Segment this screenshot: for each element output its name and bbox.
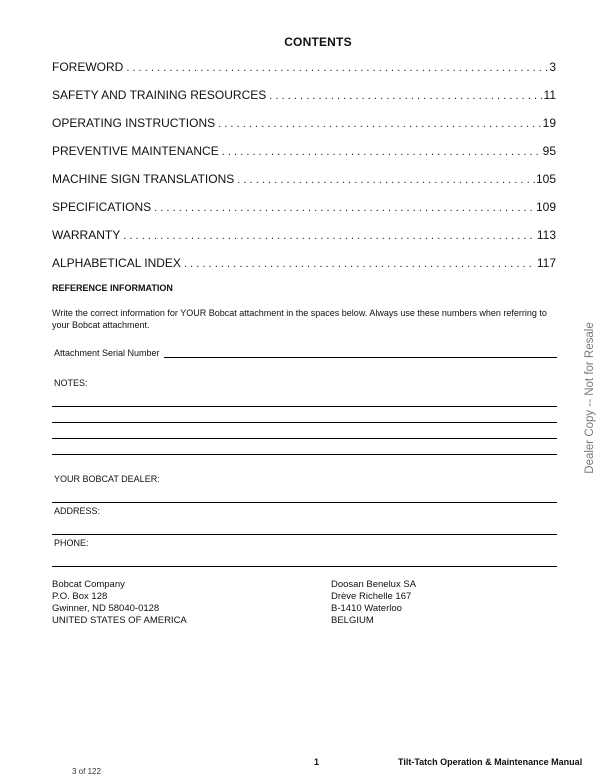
reference-description: Write the correct information for YOUR B… — [52, 307, 560, 331]
toc-leader-dots: ........................................… — [222, 146, 542, 158]
toc-entry-page: 3 — [548, 60, 556, 74]
toc-entry-page: 117 — [536, 256, 556, 270]
address-line-text: P.O. Box 128 — [52, 591, 187, 603]
toc-entry-label: PREVENTIVE MAINTENANCE — [52, 144, 222, 158]
contents-title: CONTENTS — [0, 35, 608, 49]
address-bobcat-company: Bobcat Company P.O. Box 128 Gwinner, ND … — [52, 579, 187, 627]
toc-entry[interactable]: WARRANTY ...............................… — [52, 228, 556, 256]
toc-entry-page: 109 — [535, 200, 556, 214]
phone-line[interactable] — [52, 566, 557, 567]
serial-number-line[interactable] — [164, 345, 557, 358]
toc-leader-dots: ........................................… — [218, 118, 542, 130]
toc-entry[interactable]: SPECIFICATIONS .........................… — [52, 200, 556, 228]
notes-line[interactable] — [52, 422, 557, 423]
address-line-text: Bobcat Company — [52, 579, 187, 591]
address-label: ADDRESS: — [54, 506, 100, 516]
footer-manual-title: Tilt-Tatch Operation & Maintenance Manua… — [398, 757, 582, 767]
address-line-text: UNITED STATES OF AMERICA — [52, 615, 187, 627]
address-doosan-benelux: Doosan Benelux SA Drève Richelle 167 B-1… — [331, 579, 416, 627]
phone-label: PHONE: — [54, 538, 89, 548]
notes-line[interactable] — [52, 406, 557, 407]
notes-line[interactable] — [52, 438, 557, 439]
toc-entry-label: SAFETY AND TRAINING RESOURCES — [52, 88, 269, 102]
dealer-line[interactable] — [52, 502, 557, 503]
toc-entry[interactable]: ALPHABETICAL INDEX .....................… — [52, 256, 556, 284]
toc-entry-page: 11 — [543, 88, 556, 102]
toc-leader-dots: ........................................… — [126, 62, 548, 74]
toc-leader-dots: ........................................… — [269, 90, 542, 102]
reference-heading: REFERENCE INFORMATION — [52, 283, 173, 293]
toc-entry-label: WARRANTY — [52, 228, 123, 242]
address-line-text: B-1410 Waterloo — [331, 603, 416, 615]
toc-entry-page: 95 — [542, 144, 556, 158]
toc-leader-dots: ........................................… — [184, 258, 536, 270]
toc-entry-label: OPERATING INSTRUCTIONS — [52, 116, 218, 130]
toc-entry[interactable]: OPERATING INSTRUCTIONS .................… — [52, 116, 556, 144]
serial-number-label: Attachment Serial Number — [54, 348, 160, 358]
toc-entry-page: 19 — [542, 116, 556, 130]
toc-entry[interactable]: PREVENTIVE MAINTENANCE .................… — [52, 144, 556, 172]
address-line-text: BELGIUM — [331, 615, 416, 627]
address-line-text: Drève Richelle 167 — [331, 591, 416, 603]
address-line-text: Gwinner, ND 58040-0128 — [52, 603, 187, 615]
toc-entry-label: ALPHABETICAL INDEX — [52, 256, 184, 270]
toc-leader-dots: ........................................… — [237, 174, 535, 186]
toc-entry[interactable]: MACHINE SIGN TRANSLATIONS ..............… — [52, 172, 556, 200]
toc-entry-label: FOREWORD — [52, 60, 126, 74]
table-of-contents: FOREWORD ...............................… — [52, 60, 556, 284]
toc-entry[interactable]: SAFETY AND TRAINING RESOURCES ..........… — [52, 88, 556, 116]
dealer-label: YOUR BOBCAT DEALER: — [54, 474, 160, 484]
toc-leader-dots: ........................................… — [154, 202, 535, 214]
toc-entry-page: 113 — [536, 228, 556, 242]
notes-line[interactable] — [52, 454, 557, 455]
footer-page-number: 1 — [314, 757, 319, 767]
notes-label: NOTES: — [54, 378, 88, 388]
toc-entry-page: 105 — [535, 172, 556, 186]
footer-page-count: 3 of 122 — [72, 767, 101, 774]
dealer-copy-watermark: Dealer Copy -- Not for Resale — [584, 322, 596, 473]
toc-entry-label: MACHINE SIGN TRANSLATIONS — [52, 172, 237, 186]
serial-number-field[interactable]: Attachment Serial Number — [54, 345, 557, 358]
address-line[interactable] — [52, 534, 557, 535]
address-line-text: Doosan Benelux SA — [331, 579, 416, 591]
toc-entry[interactable]: FOREWORD ...............................… — [52, 60, 556, 88]
toc-leader-dots: ........................................… — [123, 230, 536, 242]
toc-entry-label: SPECIFICATIONS — [52, 200, 154, 214]
